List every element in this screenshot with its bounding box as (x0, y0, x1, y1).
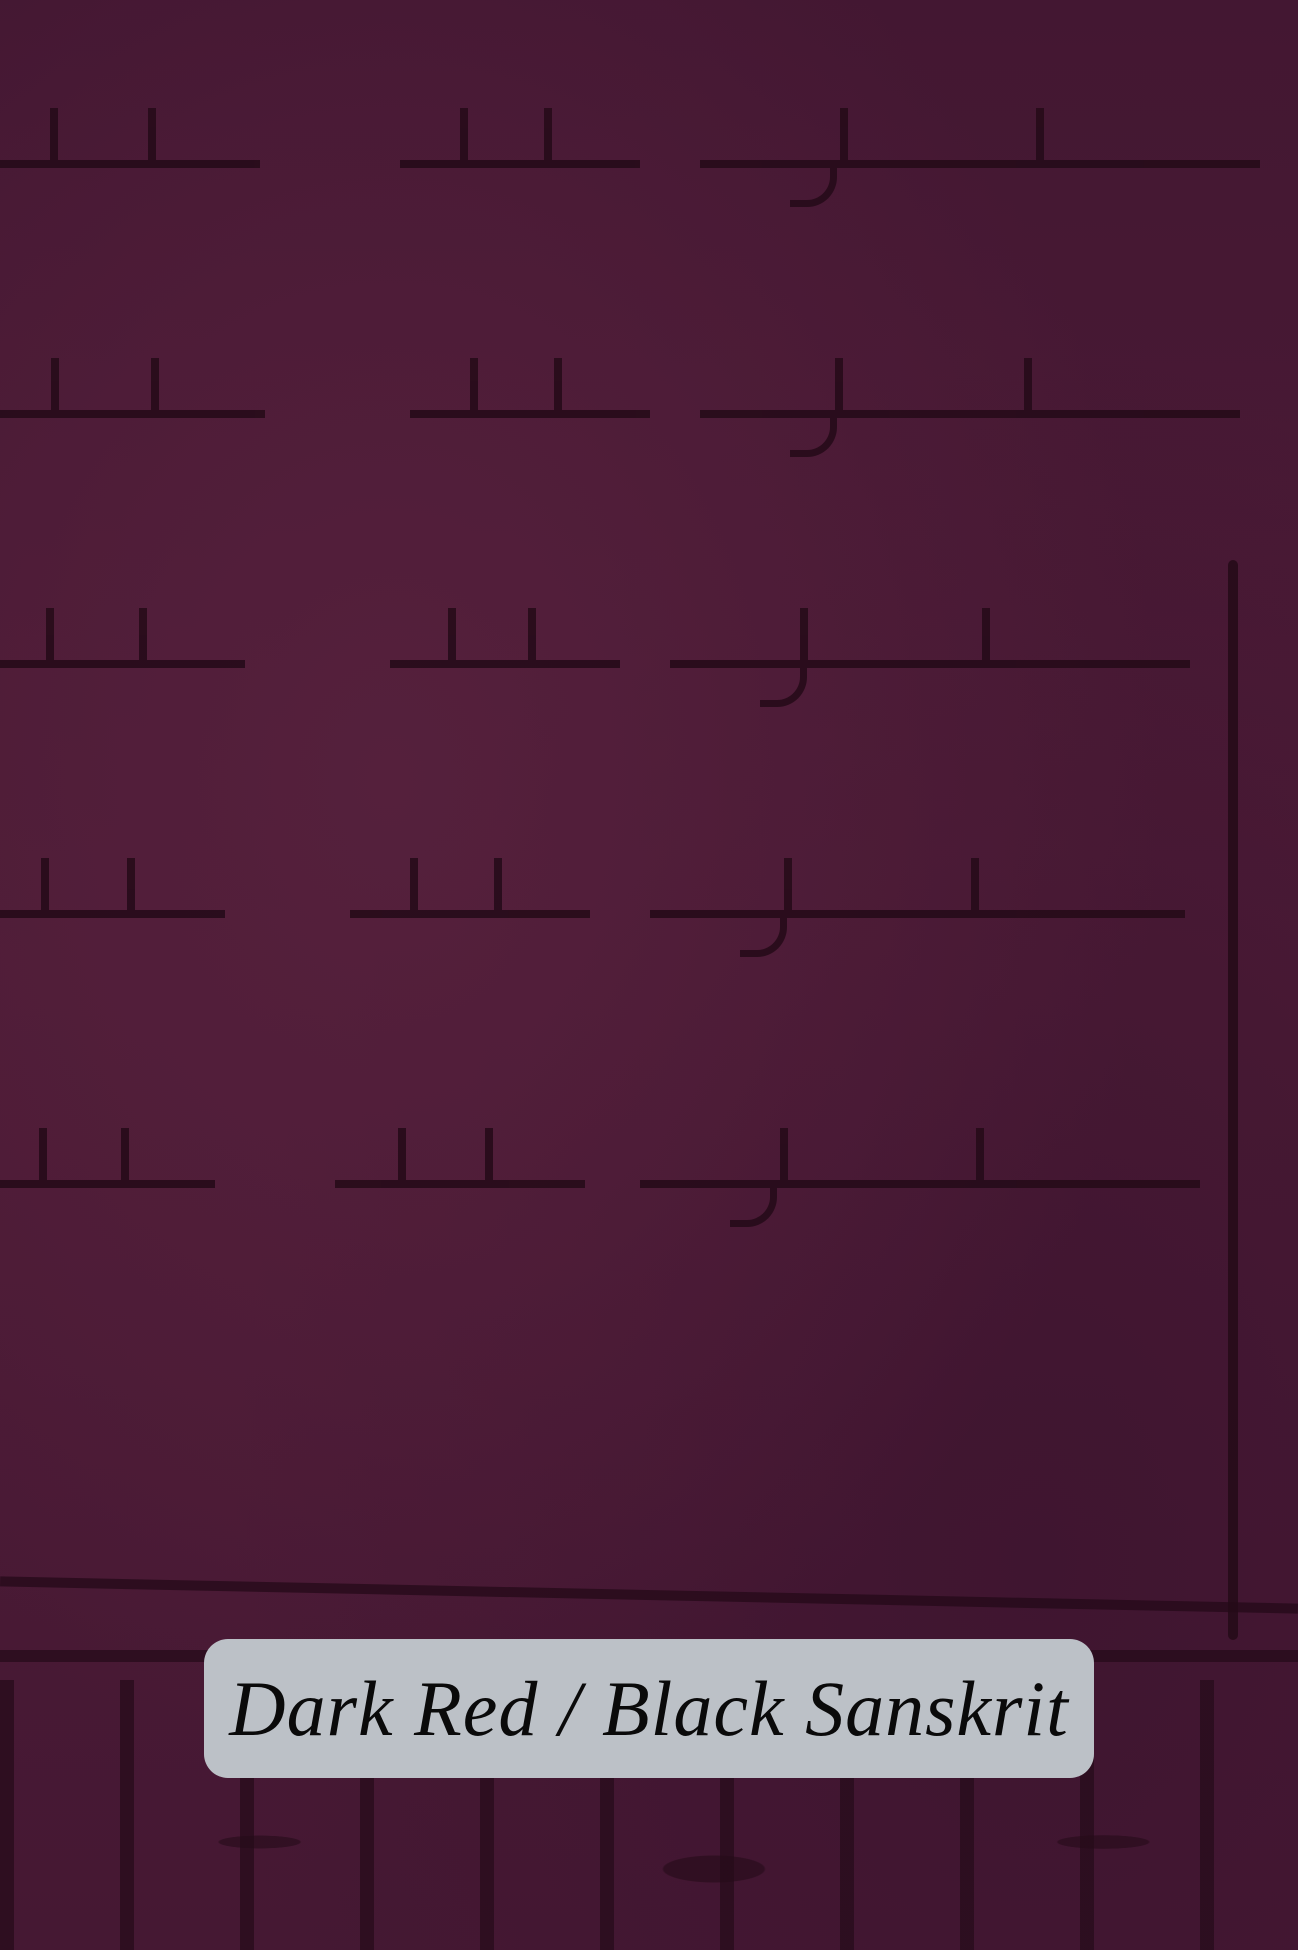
fabric-border-line (0, 1576, 1298, 1613)
sanskrit-print-row (0, 840, 1298, 930)
fabric-border-line (1228, 560, 1238, 1640)
caption-text: Dark Red / Black Sanskrit (229, 1664, 1068, 1754)
sanskrit-print-row (0, 340, 1298, 430)
caption-label: Dark Red / Black Sanskrit (204, 1639, 1094, 1778)
sanskrit-print-row (0, 1110, 1298, 1200)
sanskrit-print-row (0, 590, 1298, 680)
sanskrit-print-row (0, 90, 1298, 180)
